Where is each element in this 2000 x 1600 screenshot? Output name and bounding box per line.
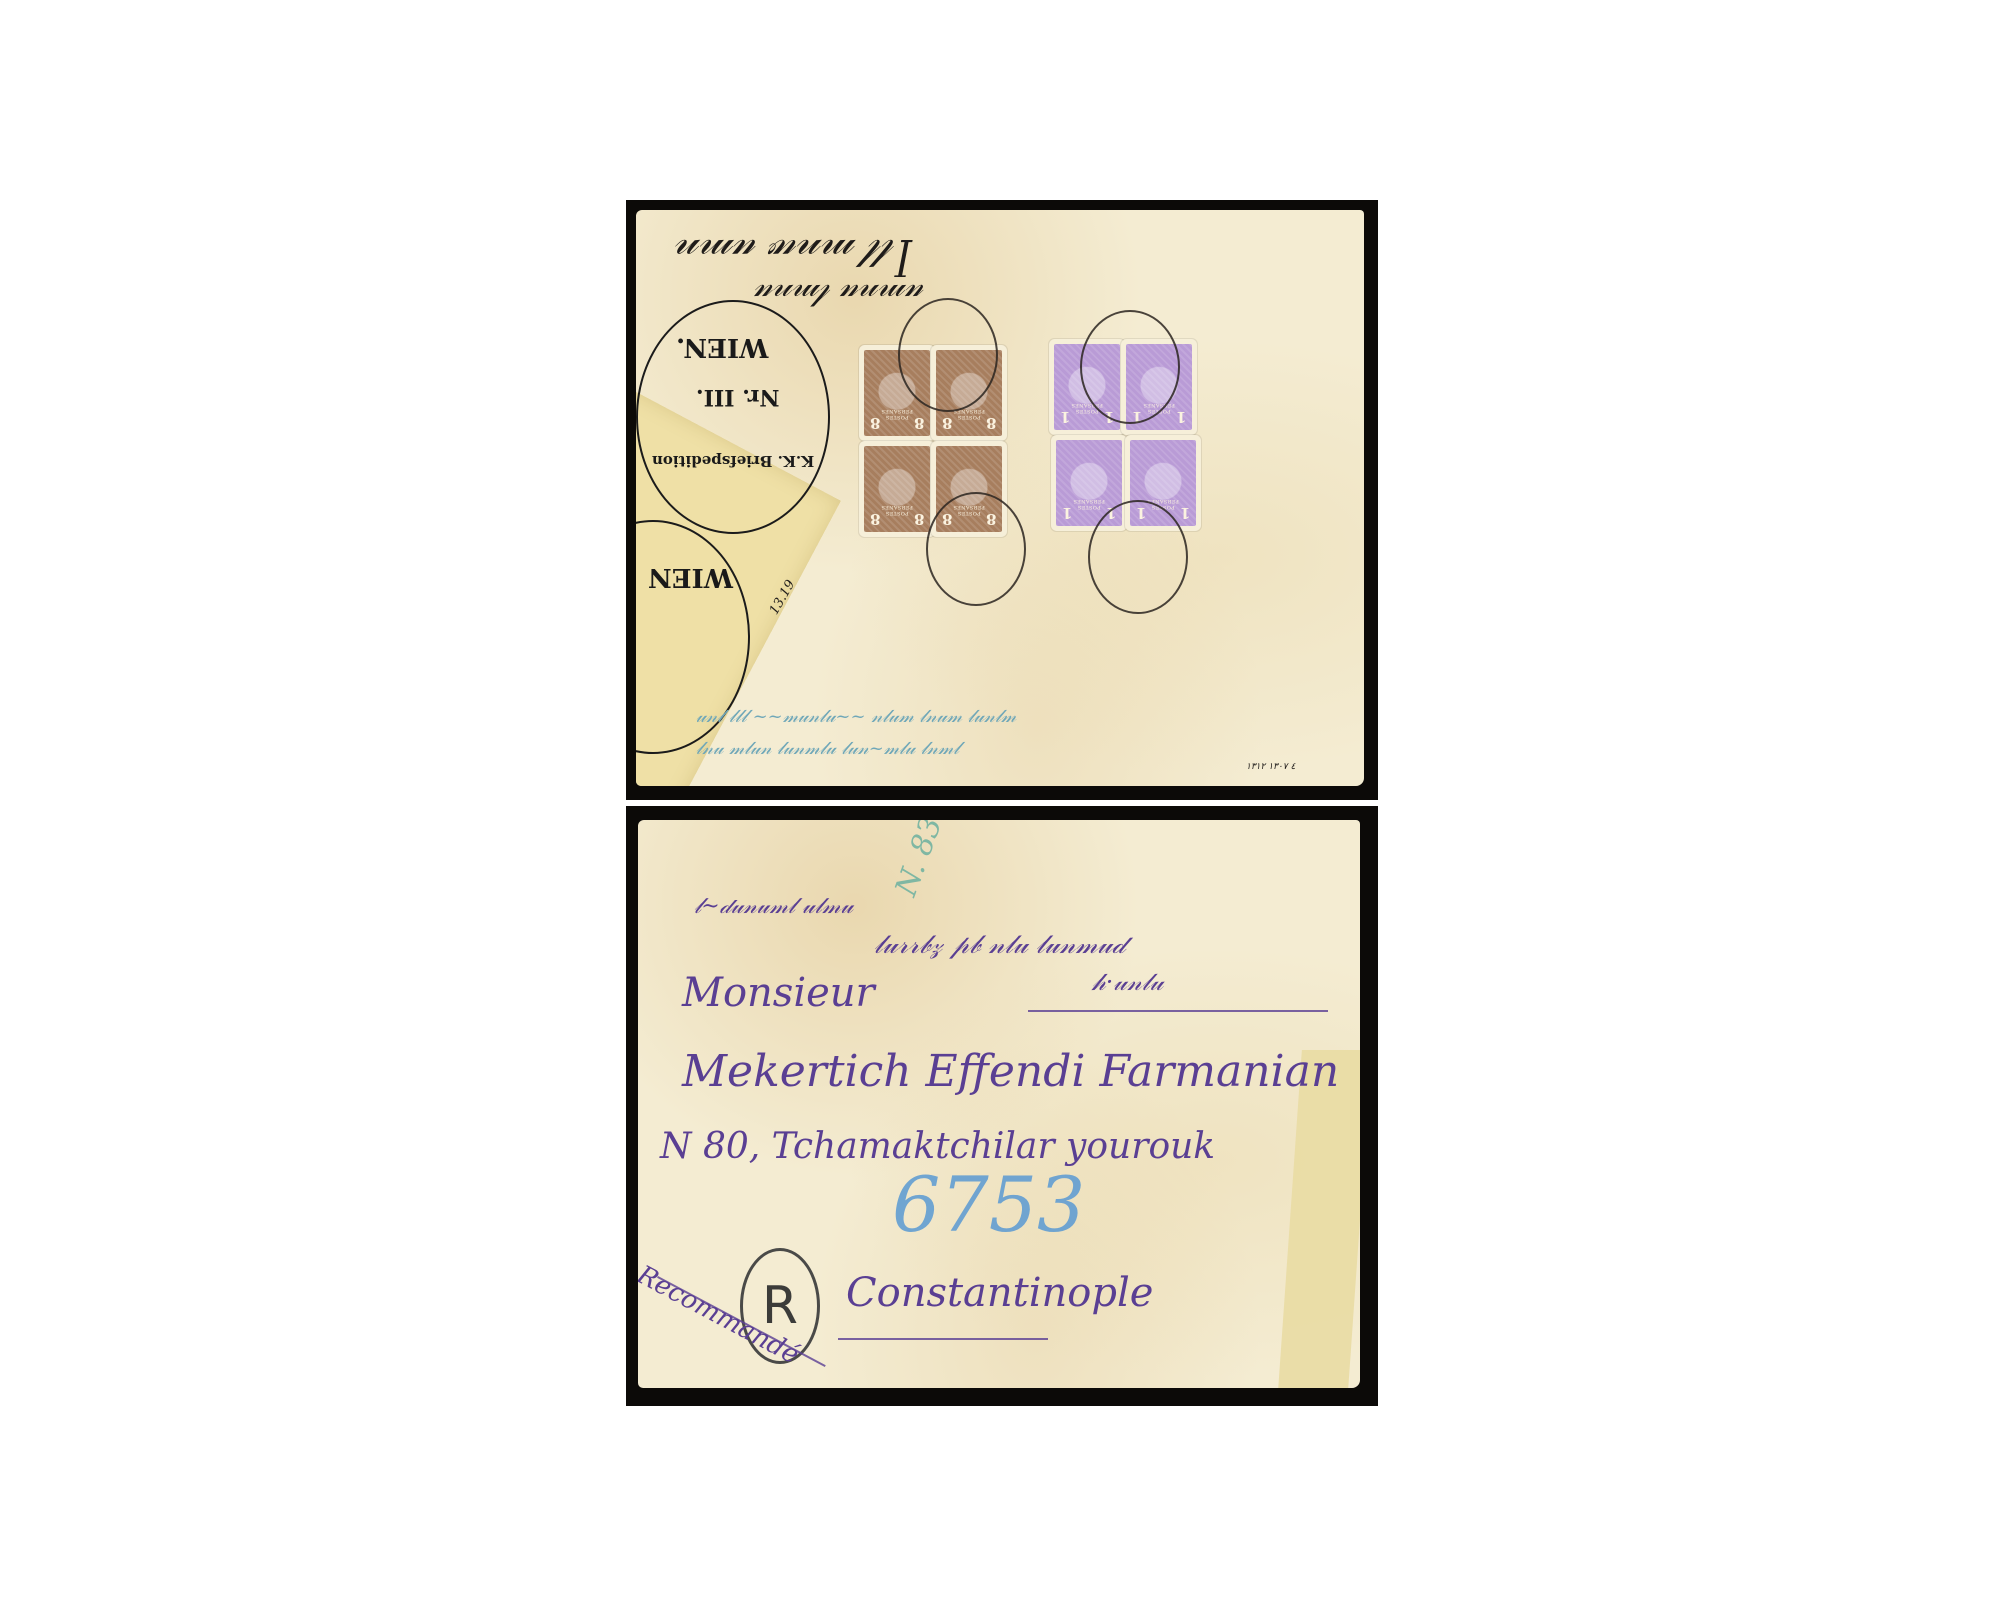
handstamp-office: K.K. Briefspedition xyxy=(652,452,814,470)
armenian-address-line-1: 𝓁~𝒹𝓊𝓃𝓊𝓂𝓁 𝓊𝓁𝓂𝓊 xyxy=(694,894,853,919)
envelope-front: N. 831 𝓁~𝒹𝓊𝓃𝓊𝓂𝓁 𝓊𝓁𝓂𝓊 𝓁𝓊𝓇𝓇𝒷𝓏 𝓅𝒷 𝓃𝓁𝓊 𝓁𝓊𝓃𝓂𝓊… xyxy=(638,820,1360,1388)
cover-back-photo: WIEN. Nr. III. K.K. Briefspedition WIEN … xyxy=(626,200,1378,800)
armenian-address-line-2: 𝓁𝓊𝓇𝓇𝒷𝓏 𝓅𝒷 𝓃𝓁𝓊 𝓁𝓊𝓃𝓂𝓊𝒹 xyxy=(874,930,1125,961)
handstamp-city: WIEN. xyxy=(676,332,768,362)
armenian-city-word: 𝒽·𝓊𝓃𝓁𝓊 xyxy=(1092,968,1163,996)
inverted-handwriting-2: 𝓊𝓂𝓃𝓊 𝓁𝓂𝓃𝓊 xyxy=(756,276,925,315)
address-city: Constantinople xyxy=(846,1270,1153,1316)
briefspedition-wien-handstamp: WIEN. Nr. III. K.K. Briefspedition xyxy=(636,300,830,534)
postmark-circle xyxy=(926,492,1026,606)
inverted-handwriting-1: ꟾ𝓁𝓁 𝓂𝓃𝓌 𝓊𝓂𝓃 xyxy=(676,230,911,276)
blue-crayon-number: 6753 xyxy=(892,1160,1085,1249)
stamp-brown-8: 88POSTES PERSANES xyxy=(864,446,930,532)
postmark-circle xyxy=(1080,310,1180,424)
postmark-circle xyxy=(898,298,998,412)
address-name: Mekertich Effendi Farmanian xyxy=(682,1046,1339,1097)
postmark-circle xyxy=(1088,500,1188,614)
handstamp-partial-city: WIEN xyxy=(648,562,733,592)
underline xyxy=(1028,1010,1328,1012)
address-salutation: Monsieur xyxy=(682,970,875,1016)
armenian-handwriting-line-2: 𝓁𝓃𝓊 𝓂𝓁𝓊𝓃 𝓁𝓊𝓃𝓂𝓁𝓊 𝓁𝓊𝓃~𝓂𝓁𝓊 𝓁𝓃𝓂𝓁 xyxy=(696,738,959,759)
registry-number: N. 831 xyxy=(889,820,956,901)
handstamp-number: Nr. III. xyxy=(696,384,780,410)
underline xyxy=(838,1338,1048,1340)
envelope-back: WIEN. Nr. III. K.K. Briefspedition WIEN … xyxy=(636,210,1364,786)
edge-note: ٤ ١٣٠٧ ١٣١٢ xyxy=(1246,762,1295,772)
tape-strip xyxy=(1278,1050,1360,1388)
armenian-handwriting-line-1: 𝓊𝓃𝓁 𝓁𝓁𝓁 ~~𝓂𝓊𝓃𝓁𝓊~~ 𝓃𝓁𝓊𝓂 𝓁𝓃𝓊𝓂 𝓁𝓊𝓃𝓁𝓂 xyxy=(696,706,1016,727)
cover-front-photo: N. 831 𝓁~𝒹𝓊𝓃𝓊𝓂𝓁 𝓊𝓁𝓂𝓊 𝓁𝓊𝓇𝓇𝒷𝓏 𝓅𝒷 𝓃𝓁𝓊 𝓁𝓊𝓃𝓂𝓊… xyxy=(626,806,1378,1406)
